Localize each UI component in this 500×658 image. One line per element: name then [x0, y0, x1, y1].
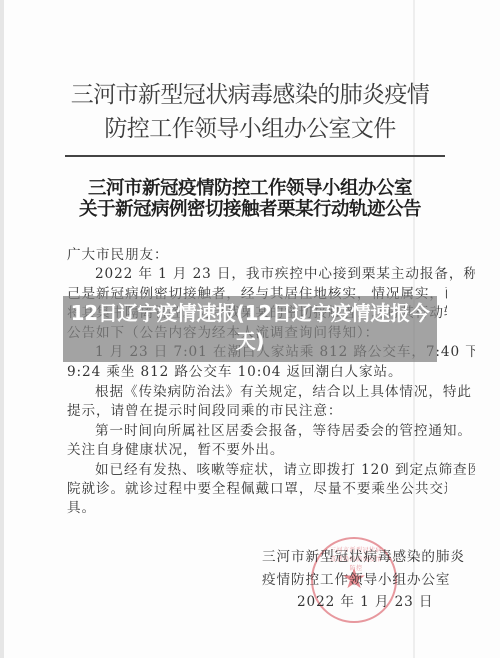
headline-overlay-title[interactable]: 12日辽宁疫情速报(12日辽宁疫情速报今天): [63, 299, 437, 355]
signature-org-line-1: 三河市新型冠状病毒感染的肺炎: [262, 547, 442, 567]
body-line: 9:24 乘坐 812 路公交车 10:04 返回潮白人家站。: [67, 362, 447, 382]
body-line: 具。: [67, 498, 447, 518]
body-line: 2022 年 1 月 23 日，我市疾控中心接到栗某主动报备，称自: [67, 264, 475, 284]
signature-org-line-2: 疫情防控工作领导小组办公室: [262, 570, 442, 590]
document-header-title-line-2: 防控工作领导小组办公室文件: [0, 112, 500, 146]
body-line: 院就诊。就诊过程中要全程佩戴口罩，尽量不要乘坐公共交通工: [67, 479, 447, 499]
greeting: 广大市民朋友：: [67, 245, 447, 265]
header-divider: [65, 155, 445, 157]
body-line: 关注自身健康状况，暂不要外出。: [67, 440, 447, 460]
body-line: 第一时间向所属社区居委会报备，等待居委会的管控通知。: [67, 421, 475, 441]
notice-title-line-1: 三河市新冠疫情防控工作领导小组办公室: [0, 178, 500, 200]
body-line: 根据《传染病防治法》有关规定，结合以上具体情况，特此: [67, 382, 475, 402]
signature-date: 2022 年 1 月 23 日: [297, 592, 477, 612]
body-line: 提示，请曾在提示时间段同乘的市民注意：: [67, 401, 447, 421]
notice-title-line-2: 关于新冠病例密切接触者栗某行动轨迹公告: [0, 199, 500, 221]
document-header-title-line-1: 三河市新型冠状病毒感染的肺炎疫情: [0, 78, 500, 112]
body-line: 如已经有发热、咳嗽等症状，请立即拨打 120 到定点筛查医: [67, 460, 475, 480]
headline-overlay-banner[interactable]: 12日辽宁疫情速报(12日辽宁疫情速报今天): [63, 296, 437, 362]
